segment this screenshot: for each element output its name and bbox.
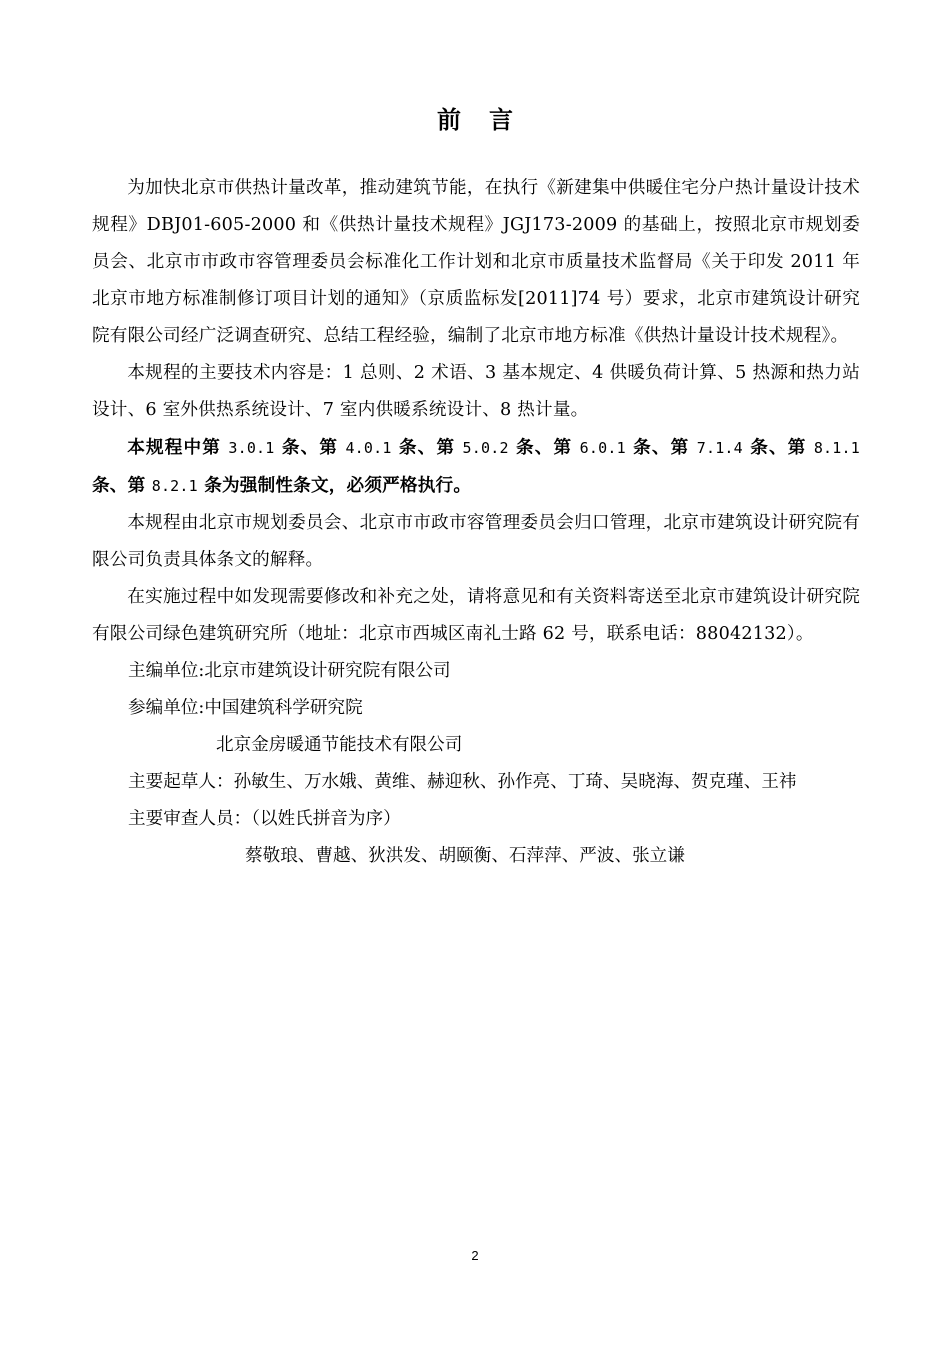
chief-editor-label: 主编单位: xyxy=(128,661,204,681)
drafters-label: 主要起草人： xyxy=(128,772,234,792)
drafters-value: 孙敏生、万水娥、黄维、赫迎秋、孙作亮、丁琦、吴晓海、贺克瑾、王祎 xyxy=(234,772,797,792)
paragraph-management: 本规程由北京市规划委员会、北京市市政市容管理委员会归口管理，北京市建筑设计研究院… xyxy=(92,505,860,579)
page-number: 2 xyxy=(0,1248,950,1263)
document-body: 为加快北京市供热计量改革，推动建筑节能，在执行《新建集中供暖住宅分户热计量设计技… xyxy=(92,170,860,875)
clause-number: 8.1.1 xyxy=(814,439,860,457)
reviewers-value: 蔡敬琅、曹越、狄洪发、胡颐衡、石萍萍、严波、张立谦 xyxy=(92,838,860,875)
document-page: 前言 为加快北京市供热计量改革，推动建筑节能，在执行《新建集中供暖住宅分户热计量… xyxy=(0,0,950,1345)
paragraph-feedback: 在实施过程中如发现需要修改和补充之处，请将意见和有关资料寄送至北京市建筑设计研究… xyxy=(92,579,860,653)
participant-line-2: 北京金房暖通节能技术有限公司 xyxy=(92,727,860,764)
clause-number: 4.0.1 xyxy=(345,439,391,457)
drafters-line: 主要起草人：孙敏生、万水娥、黄维、赫迎秋、孙作亮、丁琦、吴晓海、贺克瑾、王祎 xyxy=(92,764,860,801)
chief-editor-line: 主编单位:北京市建筑设计研究院有限公司 xyxy=(92,653,860,690)
clause-number: 3.0.1 xyxy=(228,439,274,457)
paragraph-main-contents: 本规程的主要技术内容是：1 总则、2 术语、3 基本规定、4 供暖负荷计算、5 … xyxy=(92,355,860,429)
clause-number: 6.0.1 xyxy=(580,439,626,457)
paragraph-mandatory-clauses: 本规程中第 3.0.1 条、第 4.0.1 条、第 5.0.2 条、第 6.0.… xyxy=(92,429,860,505)
participant-line: 参编单位:中国建筑科学研究院 xyxy=(92,690,860,727)
chief-editor-value: 北京市建筑设计研究院有限公司 xyxy=(204,661,450,681)
page-title: 前言 xyxy=(0,100,950,135)
participant-value: 中国建筑科学研究院 xyxy=(204,698,362,718)
reviewers-label: 主要审查人员：（以姓氏拼音为序） xyxy=(92,801,860,838)
clause-number: 7.1.4 xyxy=(697,439,743,457)
clause-number: 8.2.1 xyxy=(152,477,198,495)
clause-number: 5.0.2 xyxy=(463,439,509,457)
paragraph-background: 为加快北京市供热计量改革，推动建筑节能，在执行《新建集中供暖住宅分户热计量设计技… xyxy=(92,170,860,355)
participant-value: 北京金房暖通节能技术有限公司 xyxy=(216,735,462,755)
participant-label: 参编单位: xyxy=(128,698,204,718)
